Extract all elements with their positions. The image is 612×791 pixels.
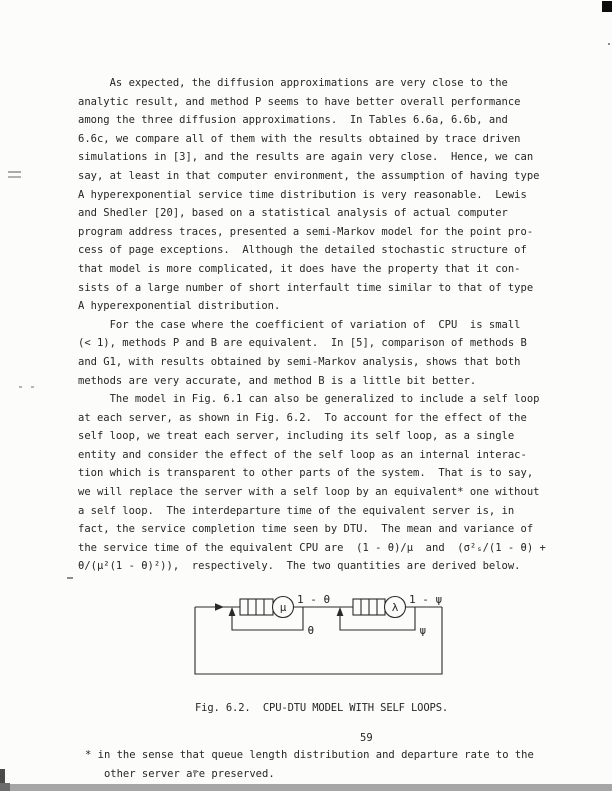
body-text: As expected, the diffusion approximation… bbox=[78, 74, 546, 576]
scan-speck bbox=[19, 386, 22, 388]
cpu-dtu-diagram: μ λ 1 - θ 1 - ψ θ ψ bbox=[150, 588, 470, 688]
text-line: among the three diffusion approximations… bbox=[78, 111, 546, 130]
text-line: sists of a large number of short interfa… bbox=[78, 279, 546, 298]
scan-speck bbox=[193, 770, 197, 773]
scan-edge-bar bbox=[0, 784, 612, 791]
server2-label: λ bbox=[392, 601, 399, 614]
scan-speck bbox=[608, 43, 610, 45]
text-line: tion which is transparent to other parts… bbox=[78, 464, 546, 483]
figure-caption: Fig. 6.2. CPU-DTU MODEL WITH SELF LOOPS. bbox=[195, 699, 448, 718]
text-line: As expected, the diffusion approximation… bbox=[78, 74, 546, 93]
text-line: at each server, as shown in Fig. 6.2. To… bbox=[78, 409, 546, 428]
arrow-right-icon bbox=[215, 603, 224, 611]
queue2-slots bbox=[361, 599, 377, 615]
text-line: For the case where the coefficient of va… bbox=[78, 316, 546, 335]
server1-label: μ bbox=[280, 601, 287, 614]
text-line: and Shedler [20], based on a statistical… bbox=[78, 204, 546, 223]
footnote: * in the sense that queue length distrib… bbox=[85, 746, 534, 783]
scan-dash-mark bbox=[67, 577, 73, 579]
text-line: cess of page exceptions. Although the de… bbox=[78, 241, 546, 260]
text-line: we will replace the server with a self l… bbox=[78, 483, 546, 502]
text-line: (< 1), methods P and B are equivalent. I… bbox=[78, 334, 546, 353]
text-line: A hyperexponential service time distribu… bbox=[78, 186, 546, 205]
text-line: that model is more complicated, it does … bbox=[78, 260, 546, 279]
text-line: self loop, we treat each server, includi… bbox=[78, 427, 546, 446]
queue1-slots bbox=[248, 599, 264, 615]
branch1-label: 1 - θ bbox=[297, 593, 330, 606]
scan-speck bbox=[31, 386, 34, 388]
text-line: A hyperexponential distribution. bbox=[78, 297, 546, 316]
pencil-margin-mark bbox=[8, 176, 21, 178]
loop2-label: ψ bbox=[420, 624, 427, 637]
text-line: simulations in [3], and the results are … bbox=[78, 148, 546, 167]
text-line: The model in Fig. 6.1 can also be genera… bbox=[78, 390, 546, 409]
text-line: methods are very accurate, and method B … bbox=[78, 372, 546, 391]
arrow-up-icon bbox=[229, 607, 236, 616]
text-line: * in the sense that queue length distrib… bbox=[85, 746, 534, 765]
scan-corner-mark bbox=[602, 1, 612, 12]
text-line: analytic result, and method P seems to h… bbox=[78, 93, 546, 112]
text-line: entity and consider the effect of the se… bbox=[78, 446, 546, 465]
text-line: other server are preserved. bbox=[85, 765, 534, 784]
text-line: 6.6c, we compare all of them with the re… bbox=[78, 130, 546, 149]
loop1-label: θ bbox=[308, 624, 315, 637]
pencil-margin-mark bbox=[8, 171, 21, 173]
branch2-label: 1 - ψ bbox=[409, 593, 442, 606]
page-number: 59 bbox=[360, 729, 373, 748]
text-line: the service time of the equivalent CPU a… bbox=[78, 539, 546, 558]
text-line: θ/(μ²(1 - θ)²)), respectively. The two q… bbox=[78, 557, 546, 576]
arrow-up-icon bbox=[337, 607, 344, 616]
text-line: a self loop. The interdeparture time of … bbox=[78, 502, 546, 521]
text-line: program address traces, presented a semi… bbox=[78, 223, 546, 242]
text-line: fact, the service completion time seen b… bbox=[78, 520, 546, 539]
text-line: and G1, with results obtained by semi-Ma… bbox=[78, 353, 546, 372]
scan-edge-bar-cap bbox=[0, 783, 10, 791]
text-line: say, at least in that computer environme… bbox=[78, 167, 546, 186]
